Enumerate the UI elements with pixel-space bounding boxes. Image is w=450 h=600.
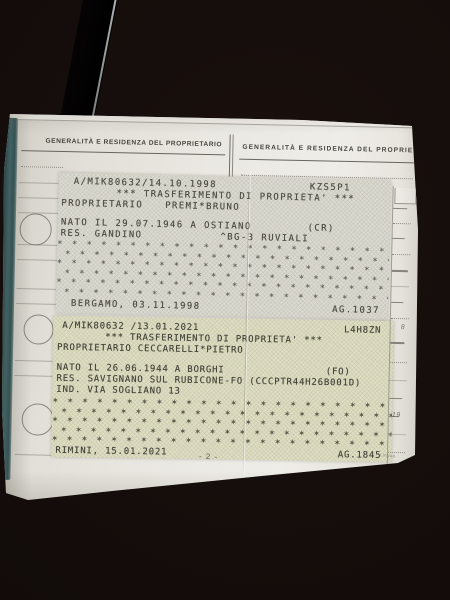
margin-number-19: 19 (392, 412, 401, 419)
margin-cell-box (394, 188, 416, 204)
ruler-tick (392, 286, 409, 287)
stamp-circle (19, 213, 52, 246)
form-rule-line (15, 360, 55, 362)
ruler-tick (393, 223, 411, 224)
photo-background: GENERALITÀ E RESIDENZA DEL PROPRIETARIO … (0, 0, 450, 600)
document-page: GENERALITÀ E RESIDENZA DEL PROPRIETARIO … (2, 110, 422, 506)
form-rule-line (16, 288, 60, 290)
owner-label: PROPRIETARIO (58, 198, 143, 212)
ruler-tick (391, 318, 409, 319)
booklet-spine (0, 118, 18, 480)
left-dotted-line (21, 166, 63, 168)
table-edge (58, 0, 118, 134)
right-header-underline (239, 159, 415, 164)
security-code: L4H8ZN (344, 325, 393, 337)
ruler-tick (390, 342, 404, 344)
office-code: AG.1037 (332, 305, 388, 317)
form-rule-line (17, 259, 61, 261)
transfer-stamp-2021: A/MIK80632 /13.01.2021 L4H8ZN *** TRASFE… (51, 316, 393, 462)
stamp-circle (23, 314, 54, 345)
ruler-tick (393, 208, 407, 209)
stamp-circle (21, 403, 54, 436)
form-rule-line (15, 375, 55, 377)
left-header-underline (21, 150, 225, 155)
ruler-tick (393, 238, 405, 239)
issue-place-date: BERGAMO, 03.11.1998 (56, 298, 201, 312)
owner-name: PREMI*BRUNO (143, 200, 240, 214)
ruler-tick (392, 270, 408, 272)
left-column-header: GENERALITÀ E RESIDENZA DEL PROPRIETARIO (45, 138, 222, 149)
issue-place-date: RIMINI, 15.01.2021 (51, 446, 167, 460)
form-rule-line (19, 182, 63, 184)
page-content: GENERALITÀ E RESIDENZA DEL PROPRIETARIO … (0, 110, 422, 515)
margin-number-8: 8 (400, 324, 405, 332)
ruler-tick (391, 302, 403, 303)
transfer-stamp-1998: A/MIK80632/14.10.1998 KZS5P1 *** TRASFER… (56, 172, 391, 320)
form-rule-line (15, 454, 53, 456)
corner-small-text: Lingua (380, 452, 396, 458)
right-column-header: GENERALITÀ E RESIDENZA DEL PROPRIETA (242, 144, 423, 155)
form-rule-line (16, 303, 60, 305)
page-number: - 2 - (199, 452, 218, 461)
ruler-tick (392, 254, 410, 255)
form-rule-line (18, 197, 62, 199)
